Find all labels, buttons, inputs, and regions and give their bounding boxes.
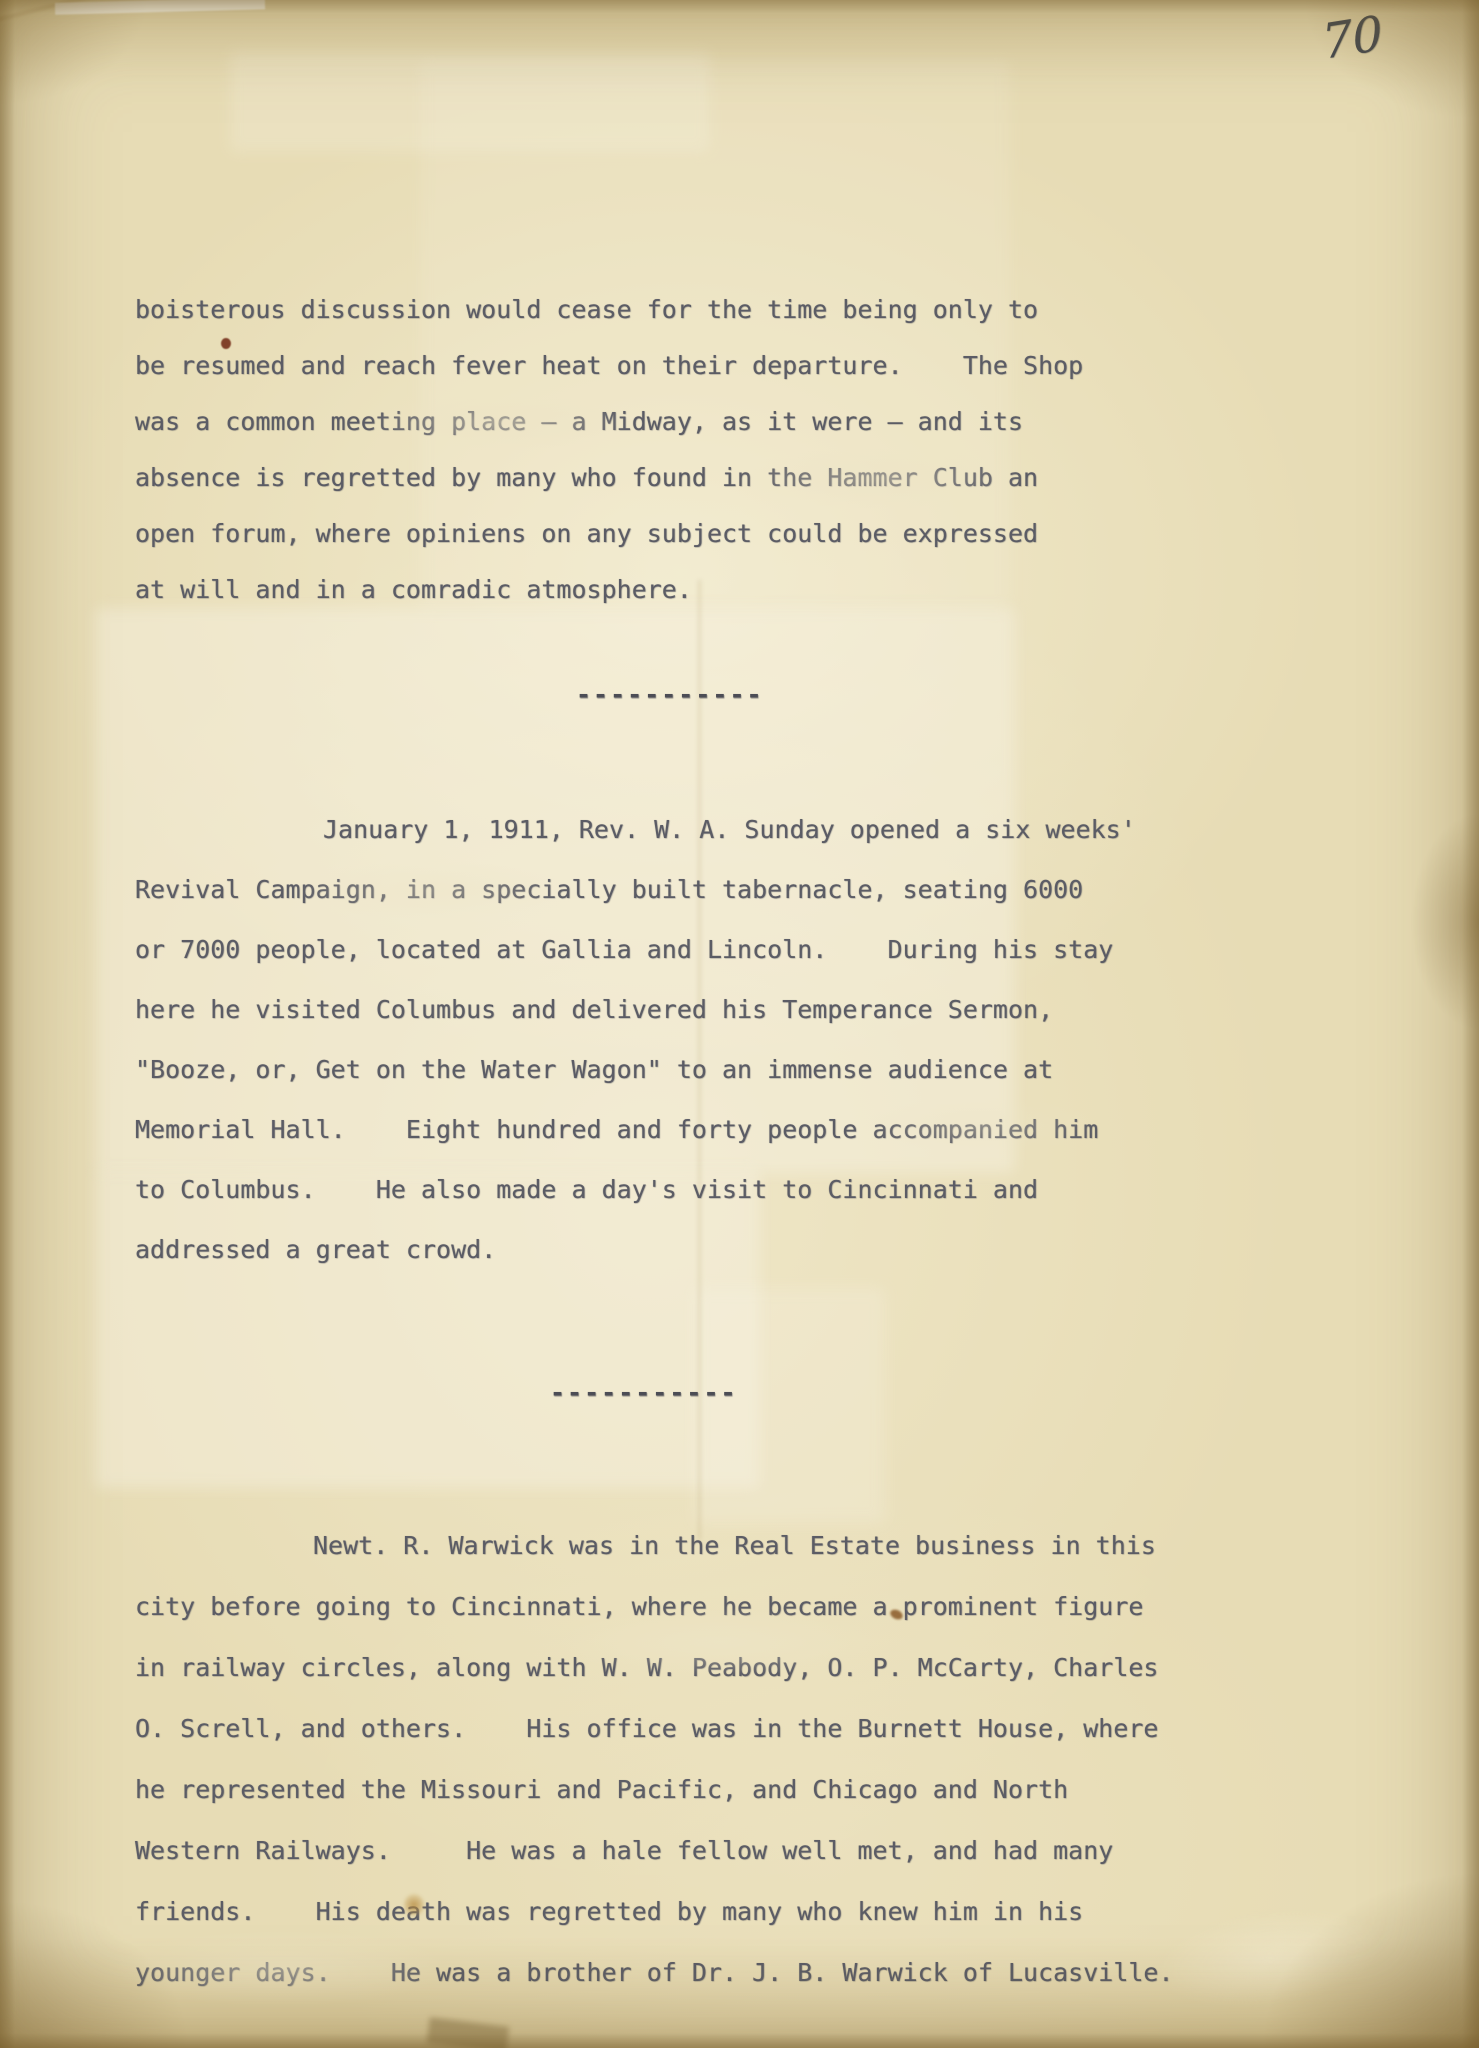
typed-line: Revival Campaign, in a specially built t… [135,860,1385,920]
typed-line: Newt. R. Warwick was in the Real Estate … [135,1515,1425,1576]
typed-line: "Booze, or, Get on the Water Wagon" to a… [135,1040,1385,1100]
typed-line: Memorial Hall. Eight hundred and forty p… [135,1100,1385,1160]
typed-line: boisterous discussion would cease for th… [135,282,1385,338]
typed-line: at will and in a comradic atmosphere. [135,562,1385,618]
typed-line: or 7000 people, located at Gallia and Li… [135,920,1385,980]
typed-line: O. Screll, and others. His office was in… [135,1698,1425,1759]
typed-line: addressed a great crowd. [135,1220,1385,1280]
typewritten-manuscript-page: 70 boisterous discussion would cease for… [0,0,1479,2048]
typed-line: to Columbus. He also made a day's visit … [135,1160,1385,1220]
bottom-edge-tear [427,2017,510,2048]
typed-line: be resumed and reach fever heat on their… [135,338,1385,394]
typed-line: absence is regretted by many who found i… [135,450,1385,506]
section-divider: ----------- [576,680,764,709]
paragraph-sunday-revival: January 1, 1911, Rev. W. A. Sunday opene… [135,800,1385,1280]
tan-spot-stain [404,1894,424,1916]
typed-line: city before going to Cincinnati, where h… [135,1576,1425,1637]
section-divider: ----------- [550,1378,738,1407]
typed-line: was a common meeting place — a Midway, a… [135,394,1385,450]
typed-line: here he visited Columbus and delivered h… [135,980,1385,1040]
typed-line: January 1, 1911, Rev. W. A. Sunday opene… [135,800,1385,860]
page-number: 70 [1320,5,1385,70]
typed-line: open forum, where opiniens on any subjec… [135,506,1385,562]
typed-line: he represented the Missouri and Pacific,… [135,1759,1425,1820]
typed-line: in railway circles, along with W. W. Pea… [135,1637,1425,1698]
red-ink-dot-stain [221,338,231,349]
paragraph-hammer-club: boisterous discussion would cease for th… [135,282,1385,618]
typed-line: Western Railways. He was a hale fellow w… [135,1820,1425,1881]
torn-edge-sliver [55,0,265,15]
